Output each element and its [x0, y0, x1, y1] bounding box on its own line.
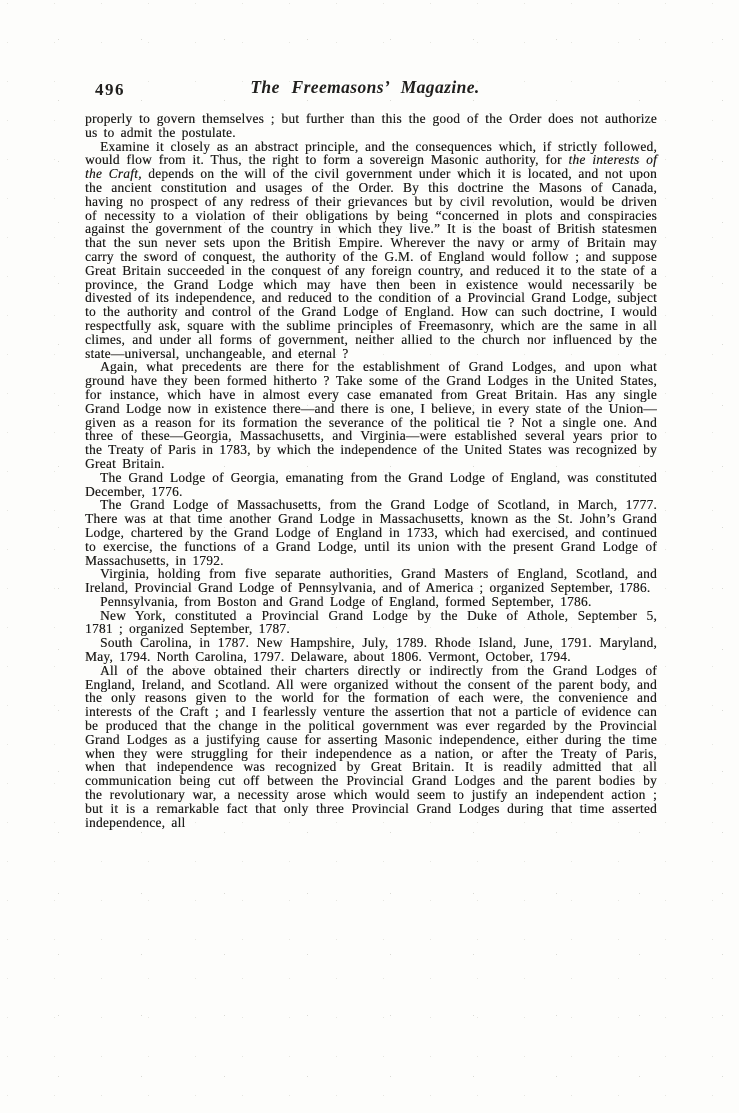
journal-title: The Freemasons’ Magazine. — [85, 77, 645, 98]
paragraph: All of the above obtained their charters… — [85, 664, 657, 830]
magazine-page: 496 The Freemasons’ Magazine. properly t… — [0, 0, 739, 1113]
text-segment: Pennsylvania, from Boston and Grand Lodg… — [100, 594, 591, 609]
text-segment: All of the above obtained their charters… — [85, 663, 657, 830]
paragraph: properly to govern themselves ; but furt… — [85, 112, 657, 140]
text-segment: Again, what precedents are there for the… — [85, 359, 657, 471]
body-text: properly to govern themselves ; but furt… — [85, 112, 657, 829]
text-segment: New York, constituted a Provincial Grand… — [85, 608, 657, 637]
paragraph: The Grand Lodge of Massachusetts, from t… — [85, 498, 657, 567]
text-segment: The Grand Lodge of Georgia, emanating fr… — [85, 470, 657, 499]
paragraph: Virginia, holding from five separate aut… — [85, 567, 657, 595]
text-segment: properly to govern themselves ; but furt… — [85, 111, 657, 140]
paragraph: Examine it closely as an abstract princi… — [85, 140, 657, 361]
text-segment: depends on the will of the civil governm… — [85, 166, 657, 360]
paragraph: The Grand Lodge of Georgia, emanating fr… — [85, 471, 657, 499]
paragraph: Pennsylvania, from Boston and Grand Lodg… — [85, 595, 657, 609]
paragraph: Again, what precedents are there for the… — [85, 360, 657, 470]
paragraph: New York, constituted a Provincial Grand… — [85, 609, 657, 637]
text-segment: The Grand Lodge of Massachusetts, from t… — [85, 497, 657, 567]
paragraph: South Carolina, in 1787. New Hampshire, … — [85, 636, 657, 664]
text-segment: Virginia, holding from five separate aut… — [85, 566, 657, 595]
text-segment: South Carolina, in 1787. New Hampshire, … — [85, 635, 657, 664]
